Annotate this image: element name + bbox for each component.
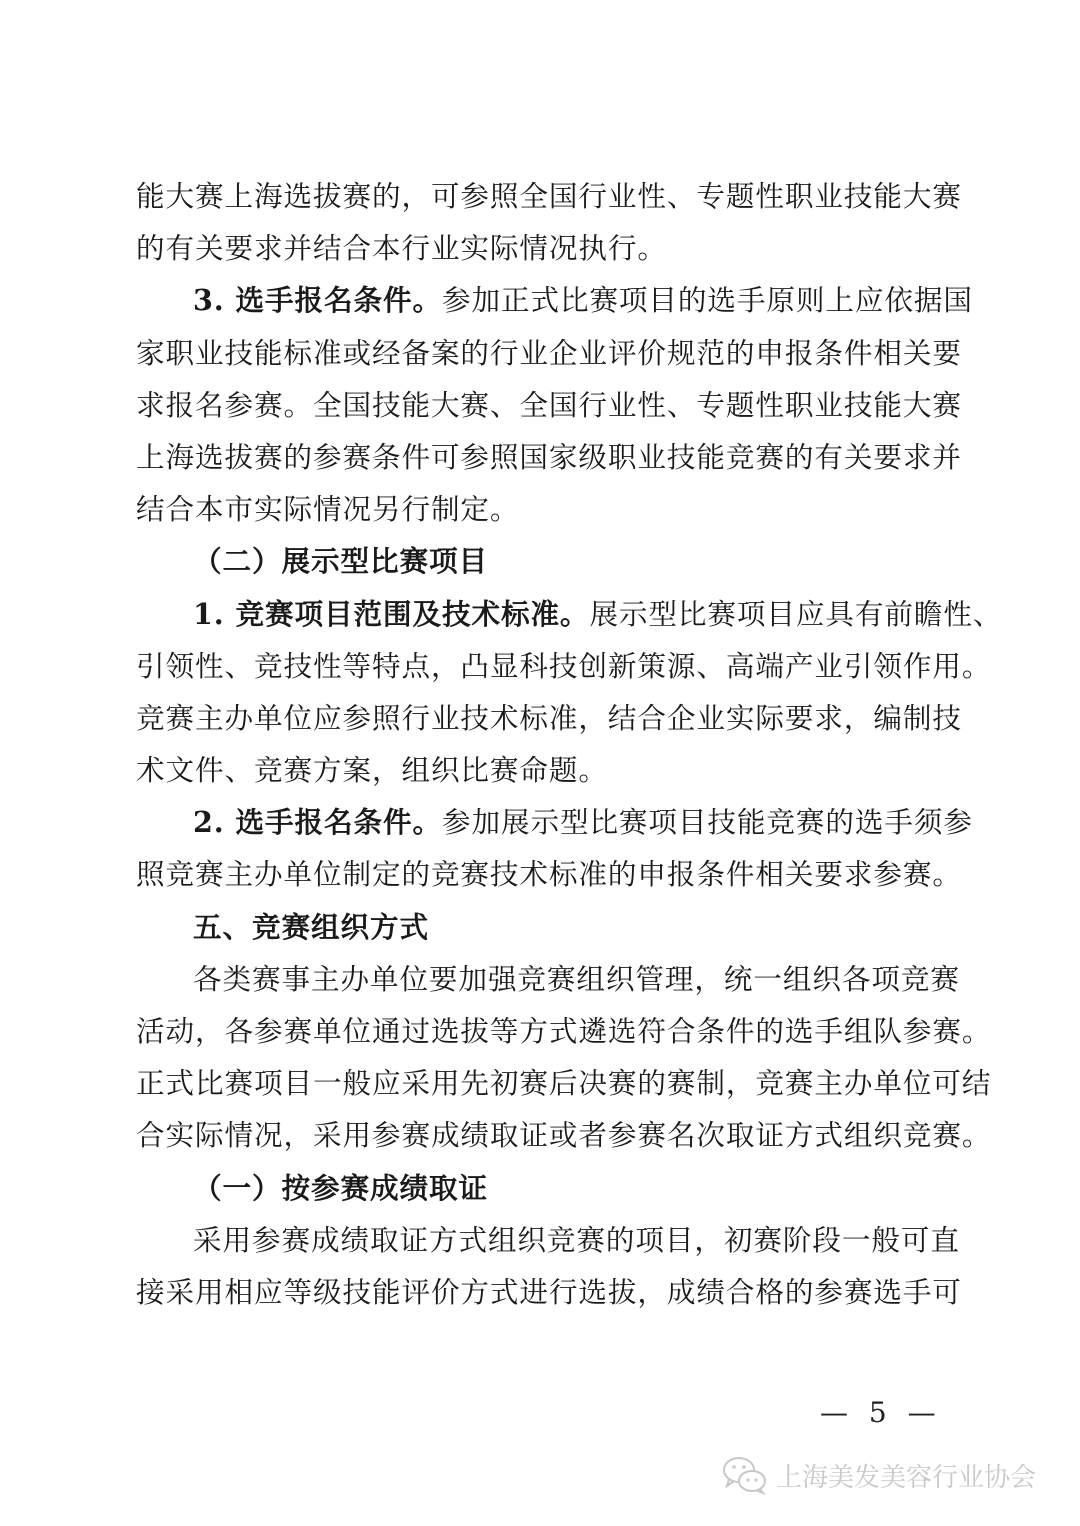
body-line-with-lead: 1. 竞赛项目范围及技术标准。展示型比赛项目应具有前瞻性、 <box>136 588 948 640</box>
body-line: 能大赛上海选拔赛的，可参照全国行业性、专题性职业技能大赛 <box>136 170 948 222</box>
body-line: 结合本市实际情况另行制定。 <box>136 483 948 535</box>
body-line: 上海选拔赛的参赛条件可参照国家级职业技能竞赛的有关要求并 <box>136 431 948 483</box>
item-text: 参加展示型比赛项目技能竞赛的选手须参 <box>442 805 973 839</box>
body-line: 引领性、竞技性等特点，凸显科技创新策源、高端产业引领作用。 <box>136 640 948 692</box>
body-line: 家职业技能标准或经备案的行业企业评价规范的申报条件相关要 <box>136 327 948 379</box>
body-line: 求报名参赛。全国技能大赛、全国行业性、专题性职业技能大赛 <box>136 379 948 431</box>
body-line: 术文件、竞赛方案，组织比赛命题。 <box>136 744 948 796</box>
section-heading: （一）按参赛成绩取证 <box>136 1162 948 1214</box>
section-heading: （二）展示型比赛项目 <box>136 535 948 587</box>
item-lead: 2. 选手报名条件。 <box>193 805 442 839</box>
watermark: 上海美发美容行业协会 <box>722 1455 1036 1495</box>
document-page: 能大赛上海选拔赛的，可参照全国行业性、专题性职业技能大赛 的有关要求并结合本行业… <box>0 0 1080 1526</box>
body-line: 合实际情况，采用参赛成绩取证或者参赛名次取证方式组织竞赛。 <box>136 1109 948 1161</box>
body-line: 照竞赛主办单位制定的竞赛技术标准的申报条件相关要求参赛。 <box>136 848 948 900</box>
wechat-icon <box>722 1455 768 1495</box>
page-number: — 5 — <box>820 1396 942 1429</box>
body-line: 采用参赛成绩取证方式组织竞赛的项目，初赛阶段一般可直 <box>136 1214 948 1266</box>
body-line: 的有关要求并结合本行业实际情况执行。 <box>136 222 948 274</box>
body-line: 竞赛主办单位应参照行业技术标准，结合企业实际要求，编制技 <box>136 692 948 744</box>
document-body: 能大赛上海选拔赛的，可参照全国行业性、专题性职业技能大赛 的有关要求并结合本行业… <box>136 170 948 1318</box>
body-line-with-lead: 2. 选手报名条件。参加展示型比赛项目技能竞赛的选手须参 <box>136 796 948 848</box>
item-lead: 1. 竞赛项目范围及技术标准。 <box>193 597 589 631</box>
item-lead: 3. 选手报名条件。 <box>193 283 442 317</box>
body-line: 活动，各参赛单位通过选拔等方式遴选符合条件的选手组队参赛。 <box>136 1005 948 1057</box>
chapter-heading: 五、竞赛组织方式 <box>136 901 948 953</box>
watermark-text: 上海美发美容行业协会 <box>776 1457 1036 1494</box>
item-text: 参加正式比赛项目的选手原则上应依据国 <box>442 283 973 317</box>
body-line: 正式比赛项目一般应采用先初赛后决赛的赛制，竞赛主办单位可结 <box>136 1057 948 1109</box>
item-text: 展示型比赛项目应具有前瞻性、 <box>589 597 1002 631</box>
body-line: 接采用相应等级技能评价方式进行选拔，成绩合格的参赛选手可 <box>136 1266 948 1318</box>
body-line-with-lead: 3. 选手报名条件。参加正式比赛项目的选手原则上应依据国 <box>136 274 948 326</box>
body-line: 各类赛事主办单位要加强竞赛组织管理，统一组织各项竞赛 <box>136 953 948 1005</box>
